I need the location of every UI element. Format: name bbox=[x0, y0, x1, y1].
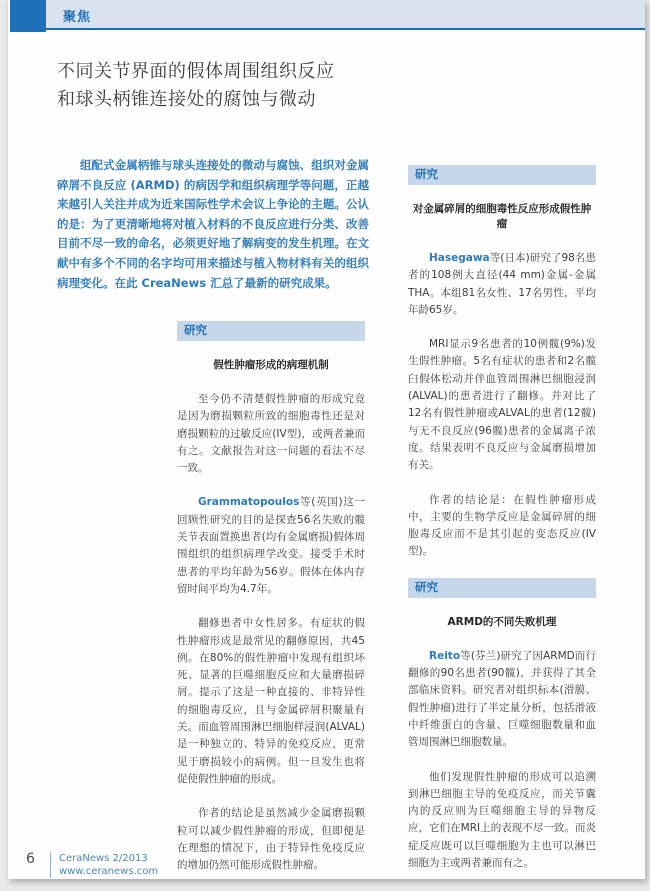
research-section-bar: 研究 bbox=[408, 165, 596, 185]
research-section: 研究 对金属碎屑的细胞毒性反应形成假性肿瘤 Hasegawa等(日本)研究了98… bbox=[408, 165, 596, 561]
article-paragraph: 至今仍不清楚假性肿瘤的形成究竟是因为磨损颗粒所致的细胞毒性还是对磨损颗粒的过敏反… bbox=[177, 391, 365, 477]
footer-divider bbox=[50, 852, 51, 878]
corner-accent-square bbox=[10, 0, 46, 32]
article-paragraph: 作者的结论是虽然减少金属磨损颗粒可以减少假性肿瘤的形成，但即便是在理想的情况下，… bbox=[177, 805, 365, 874]
author-name: Reito bbox=[429, 650, 460, 662]
research-section-label: 研究 bbox=[415, 167, 438, 181]
paragraph-text: 他们发现假性肿瘤的形成可以追溯到淋巴细胞主导的免疫反应，而关节囊内的反应则为巨噬… bbox=[408, 771, 596, 869]
paragraph-text: 翻修患者中女性居多。有症状的假性肿瘤形成是最常见的翻修原因，共45例。在80%的… bbox=[177, 617, 365, 785]
paragraph-text: MRI显示9名患者的10例髋(9%)发生假性肿瘤。5名有症状的患者和2名髋臼假体… bbox=[408, 338, 596, 471]
intro-paragraph: 组配式金属柄锥与球头连接处的微动与腐蚀、组织对金属碎屑不良反应 (ARMD) 的… bbox=[57, 156, 369, 293]
article-heading: 假性肿瘤形成的病理机制 bbox=[177, 357, 365, 372]
page-number: 6 bbox=[26, 852, 42, 867]
research-section-bar: 研究 bbox=[177, 321, 365, 341]
article-paragraph: MRI显示9名患者的10例髋(9%)发生假性肿瘤。5名有症状的患者和2名髋臼假体… bbox=[408, 336, 596, 474]
article-paragraph: 翻修患者中女性居多。有症状的假性肿瘤形成是最常见的翻修原因，共45例。在80%的… bbox=[177, 615, 365, 788]
article-heading: 对金属碎屑的细胞毒性反应形成假性肿瘤 bbox=[408, 201, 596, 231]
paragraph-text: 等(英国)这一回顾性研究的目的是探查56名失败的髋关节表面置换患者(均有金属磨损… bbox=[177, 496, 365, 594]
research-section-label: 研究 bbox=[415, 580, 438, 594]
footer-info: CeraNews 2/2013 www.ceranews.com bbox=[59, 852, 158, 878]
page-title-line1: 不同关节界面的假体周围组织反应 bbox=[57, 58, 335, 86]
page-title-line2: 和球头柄锥连接处的腐蚀与微动 bbox=[57, 86, 335, 114]
article-paragraph: 他们发现假性肿瘤的形成可以追溯到淋巴细胞主导的免疫反应，而关节囊内的反应则为巨噬… bbox=[408, 769, 596, 873]
article-paragraph: Hasegawa等(日本)研究了98名患者的108例大直径(44 mm)金属-金… bbox=[408, 250, 596, 319]
focus-header-bar: 聚焦 bbox=[46, 0, 645, 30]
right-article-column: 研究 对金属碎屑的细胞毒性反应形成假性肿瘤 Hasegawa等(日本)研究了98… bbox=[408, 165, 596, 883]
paragraph-text: 作者的结论是：在假性肿瘤形成中，主要的生物学反应是金属碎屑的细胞毒反应而不是其引… bbox=[408, 494, 596, 558]
paragraph-text: 至今仍不清楚假性肿瘤的形成究竟是因为磨损颗粒所致的细胞毒性还是对磨损颗粒的过敏反… bbox=[177, 393, 365, 474]
page-footer: 6 CeraNews 2/2013 www.ceranews.com bbox=[26, 852, 158, 878]
author-name: Hasegawa bbox=[429, 252, 490, 264]
paragraph-text: 等(芬兰)研究了因ARMD而行翻修的90名患者(90髋)，并获得了其全部临床资料… bbox=[408, 650, 596, 748]
article-paragraph: Grammatopoulos等(英国)这一回顾性研究的目的是探查56名失败的髋关… bbox=[177, 494, 365, 598]
research-section-bar: 研究 bbox=[408, 578, 596, 598]
article-paragraph: 作者的结论是：在假性肿瘤形成中，主要的生物学反应是金属碎屑的细胞毒反应而不是其引… bbox=[408, 492, 596, 561]
paragraph-text: 作者的结论是虽然减少金属磨损颗粒可以减少假性肿瘤的形成，但即便是在理想的情况下，… bbox=[177, 807, 365, 871]
journal-issue: CeraNews 2/2013 bbox=[59, 852, 158, 865]
focus-tag: 聚焦 bbox=[63, 6, 91, 25]
website-url: www.ceranews.com bbox=[59, 865, 158, 878]
left-article-column: 研究 假性肿瘤形成的病理机制 至今仍不清楚假性肿瘤的形成究竟是因为磨损颗粒所致的… bbox=[177, 321, 365, 883]
article-heading: ARMD的不同失败机理 bbox=[408, 614, 596, 629]
research-section-label: 研究 bbox=[184, 323, 207, 337]
document-page: 聚焦 不同关节界面的假体周围组织反应 和球头柄锥连接处的腐蚀与微动 组配式金属柄… bbox=[8, 0, 645, 879]
research-section: 研究 假性肿瘤形成的病理机制 至今仍不清楚假性肿瘤的形成究竟是因为磨损颗粒所致的… bbox=[177, 321, 365, 874]
research-section: 研究 ARMD的不同失败机理 Reito等(芬兰)研究了因ARMD而行翻修的90… bbox=[408, 578, 596, 873]
page-title: 不同关节界面的假体周围组织反应 和球头柄锥连接处的腐蚀与微动 bbox=[57, 58, 335, 114]
article-paragraph: Reito等(芬兰)研究了因ARMD而行翻修的90名患者(90髋)，并获得了其全… bbox=[408, 648, 596, 752]
author-name: Grammatopoulos bbox=[198, 496, 299, 508]
